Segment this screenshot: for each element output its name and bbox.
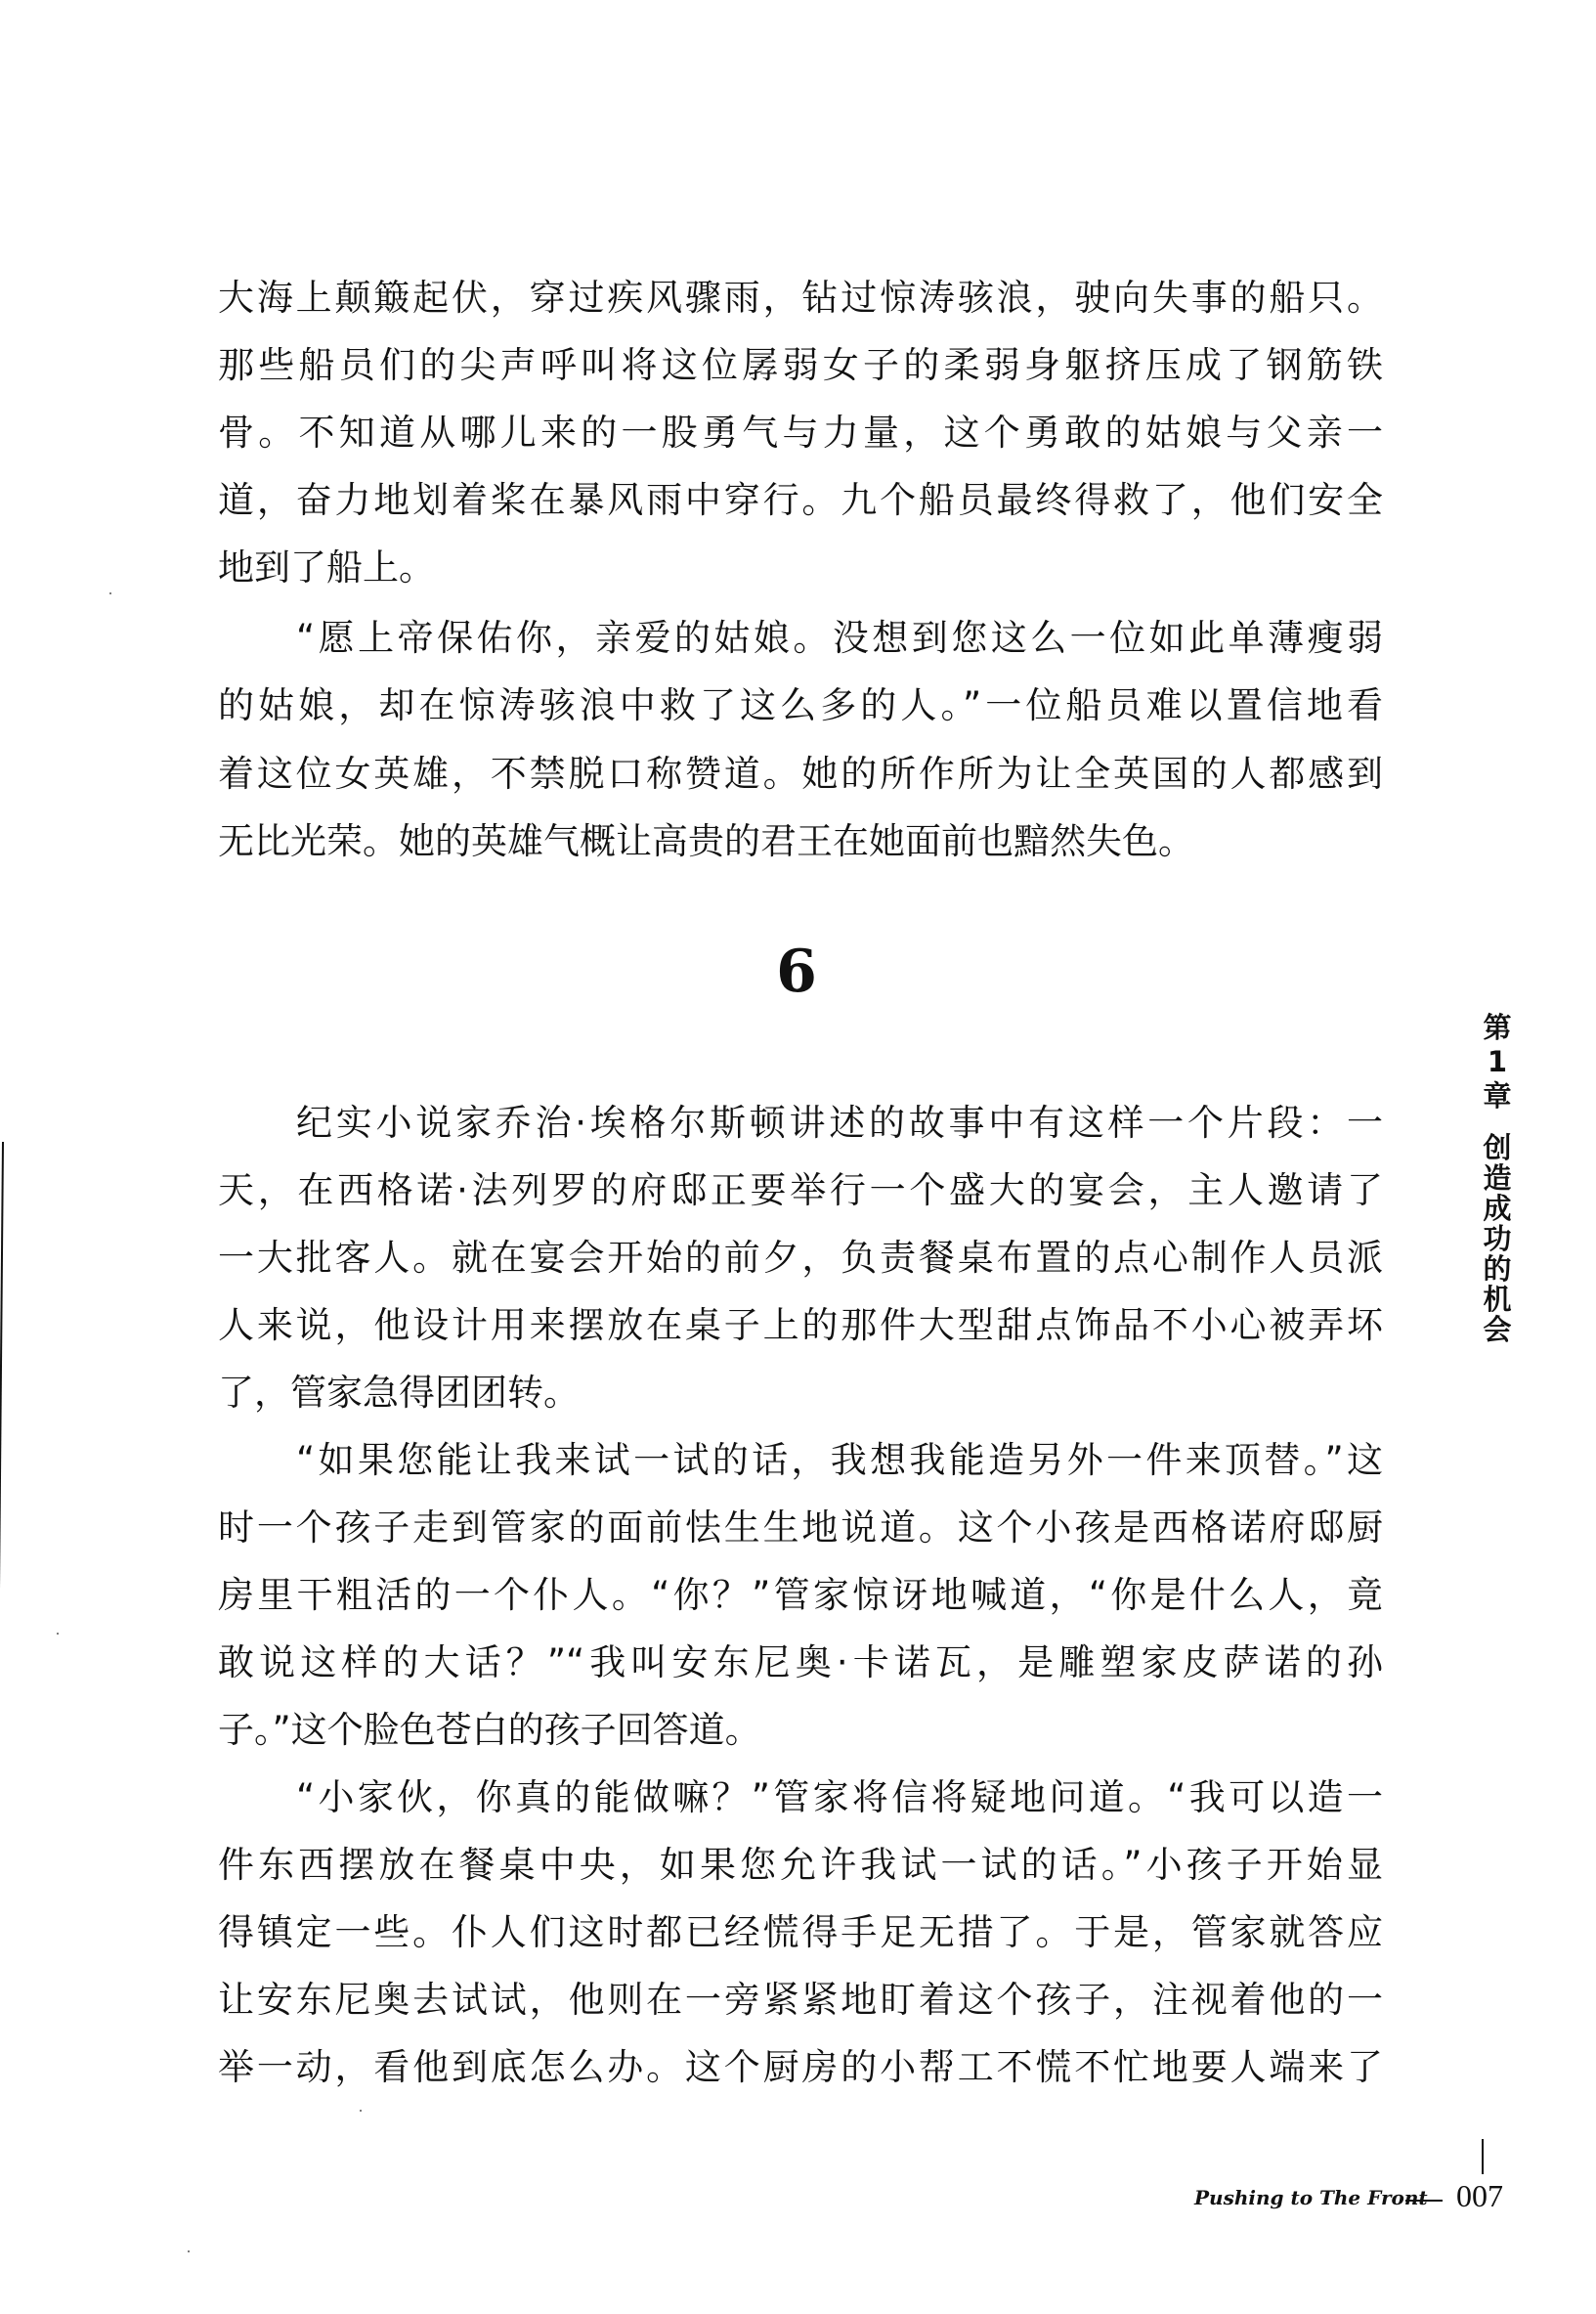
- text-line: 道，奋力地划着桨在暴风雨中穿行。九个船员最终得救了，他们安全: [218, 478, 1383, 523]
- chapter-title-char: 造: [1479, 1163, 1516, 1194]
- scan-speck: [188, 2250, 190, 2252]
- text-line: 子。”这个脸色苍白的孩子回答道。: [218, 1708, 1383, 1753]
- chapter-title-char: 功: [1479, 1224, 1516, 1254]
- text-line: 地到了船上。: [218, 546, 1383, 590]
- text-line: “小家伙，你真的能做嘛？”管家将信将疑地问道。“我可以造一: [296, 1775, 1383, 1820]
- footer-book-title: Pushing to The Front: [1194, 2184, 1428, 2211]
- text-line: 一大批客人。就在宴会开始的前夕，负责餐桌布置的点心制作人员派: [218, 1236, 1383, 1281]
- chapter-title-char: 创: [1479, 1133, 1516, 1163]
- text-line: 得镇定一些。仆人们这时都已经慌得手足无措了。于是，管家就答应: [218, 1910, 1383, 1955]
- scan-speck: [57, 1633, 59, 1635]
- text-line: 天，在西格诺·法列罗的府邸正要举行一个盛大的宴会，主人邀请了: [218, 1168, 1383, 1213]
- text-line: 人来说，他设计用来摆放在桌子上的那件大型甜点饰品不小心被弄坏: [218, 1303, 1383, 1348]
- footer-vertical-rule: [1482, 2139, 1484, 2174]
- book-page: 大海上颠簸起伏，穿过疾风骤雨，钻过惊涛骇浪，驶向失事的船只。 那些船员们的尖声呼…: [0, 0, 1596, 2314]
- text-line: 时一个孩子走到管家的面前怯生生地说道。这个小孩是西格诺府邸厨: [218, 1506, 1383, 1550]
- chapter-prefix: 第: [1479, 1013, 1516, 1043]
- scan-speck: [109, 592, 111, 594]
- binding-edge-line: [0, 1142, 4, 2314]
- text-line: “愿上帝保佑你，亲爱的姑娘。没想到您这么一位如此单薄瘦弱: [296, 616, 1383, 661]
- text-line: 件东西摆放在餐桌中央，如果您允许我试一试的话。”小孩子开始显: [218, 1843, 1383, 1888]
- page-number: 007: [1456, 2178, 1503, 2213]
- text-line: 了，管家急得团团转。: [218, 1371, 1383, 1416]
- text-line: “如果您能让我来试一试的话，我想我能造另外一件来顶替。”这: [296, 1438, 1383, 1483]
- text-line: 骨。不知道从哪儿来的一股勇气与力量，这个勇敢的姑娘与父亲一: [218, 411, 1383, 456]
- text-line: 纪实小说家乔治·埃格尔斯顿讲述的故事中有这样一个片段：一: [296, 1101, 1383, 1146]
- chapter-title-char: 的: [1479, 1254, 1516, 1285]
- chapter-number: 1: [1479, 1047, 1516, 1077]
- text-line: 敢说这样的大话？”“我叫安东尼奥·卡诺瓦，是雕塑家皮萨诺的孙: [218, 1640, 1383, 1685]
- chapter-suffix: 章: [1479, 1081, 1516, 1112]
- chapter-title-char: 机: [1479, 1285, 1516, 1315]
- text-line: 让安东尼奥去试试，他则在一旁紧紧地盯着这个孩子，注视着他的一: [218, 1978, 1383, 2023]
- chapter-title-char: 成: [1479, 1194, 1516, 1224]
- text-line: 的姑娘，却在惊涛骇浪中救了这么多的人。”一位船员难以置信地看: [218, 683, 1383, 728]
- scan-speck: [360, 2110, 362, 2112]
- text-line: 大海上颠簸起伏，穿过疾风骤雨，钻过惊涛骇浪，驶向失事的船只。: [218, 276, 1383, 321]
- text-line: 举一动，看他到底怎么办。这个厨房的小帮工不慌不忙地要人端来了: [218, 2045, 1383, 2090]
- section-number-heading: 6: [767, 940, 826, 1003]
- chapter-side-label: 第 1 章 创 造 成 功 的 机 会: [1479, 1013, 1516, 1345]
- text-line: 着这位女英雄，不禁脱口称赞道。她的所作所为让全英国的人都感到: [218, 752, 1383, 797]
- text-line: 无比光荣。她的英雄气概让高贵的君王在她面前也黯然失色。: [218, 819, 1383, 864]
- text-line: 那些船员们的尖声呼叫将这位孱弱女子的柔弱身躯挤压成了钢筋铁: [218, 343, 1383, 388]
- text-line: 房里干粗活的一个仆人。“你？”管家惊讶地喊道，“你是什么人，竟: [218, 1573, 1383, 1618]
- footer-dash: [1405, 2200, 1443, 2202]
- chapter-title-char: 会: [1479, 1315, 1516, 1345]
